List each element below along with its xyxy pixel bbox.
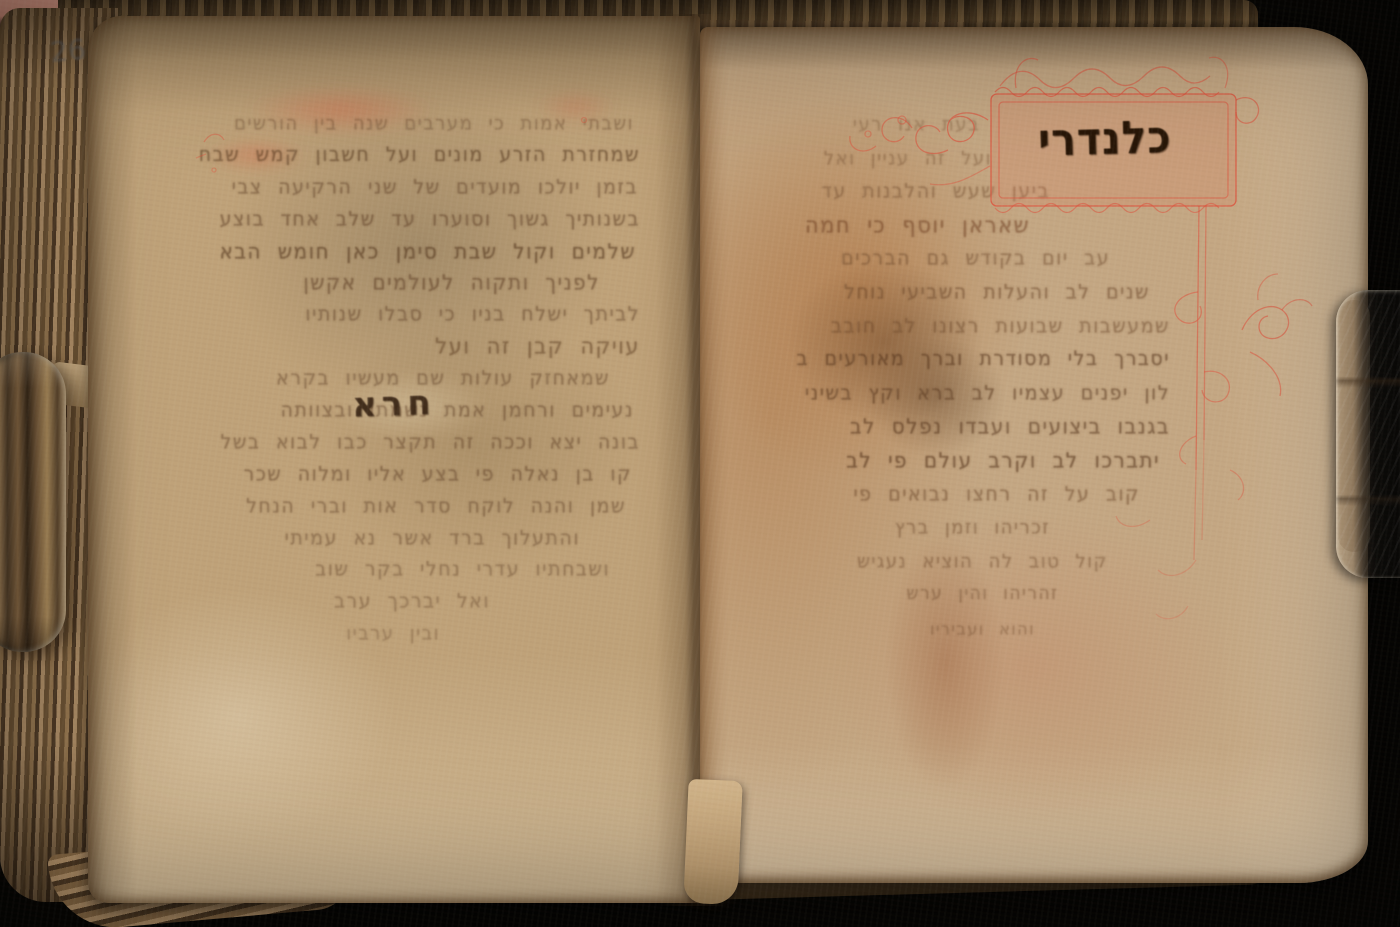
gutter-fold xyxy=(656,14,728,906)
glass-weight-right xyxy=(1336,290,1400,578)
text-line: ושבתי אמות כי מערבים שנה בין הורשים xyxy=(200,107,634,140)
text-line: בגנבו ביצועים ועבדו נפלס לב xyxy=(795,410,1170,445)
text-line: זהריהו והין ערש xyxy=(795,577,1170,612)
text-line: קוב על זה רחצו נבואים פי xyxy=(795,477,1140,512)
text-line: שלמים וקול שבת סימן כאן חומש הבא xyxy=(200,235,636,268)
text-line: זכריהו וזמן ברץ xyxy=(795,510,1050,545)
text-line: והתעלוך ברד אשר נא עמיתי xyxy=(200,522,580,555)
title-word: כלנדרי xyxy=(1037,110,1172,166)
text-line: בונה יצא וככה זה תקצר כבו לבוא בשל xyxy=(200,426,640,459)
text-line: והוא ועביריו xyxy=(795,611,1170,646)
text-line: עב יום בקודש גם הברכים xyxy=(795,242,1110,277)
manuscript-photo-spread: ושבתי אמות כי מערבים שנה בין הורשיםשמחזר… xyxy=(0,0,1400,927)
text-line: לביתך ישלח בניו כי סבלו שנותיו xyxy=(200,299,640,332)
text-line: ובין ערביו xyxy=(200,617,440,650)
text-line: בזמן יולכו מועדים של שני הרקיעה צבי xyxy=(200,171,638,204)
text-line: לפניך ותקוה לעולמים אקשן xyxy=(200,267,600,300)
text-line: יתברכו לב וקרב עולם פי לב xyxy=(795,443,1160,478)
text-line: עויקה קבן זה ועל xyxy=(200,330,640,363)
text-line: קול טוב לה הוציא נעגיש xyxy=(795,544,1170,579)
text-line: קו בן נאלה פי בצע אליו ומלוה שכר xyxy=(200,458,632,491)
text-line: שמחזרת הזרע מונים ועל חשבון קמש שבח xyxy=(200,139,640,172)
text-line: שנים לב והעלות השביעי נוחל xyxy=(795,275,1150,310)
text-line: ואל יברכך ערב xyxy=(200,586,490,619)
folio-number: 26 xyxy=(48,32,87,69)
text-line: ועל זה עניין ואל xyxy=(795,141,992,176)
text-line: בעת אנו רעי xyxy=(795,107,980,142)
text-line: לון יפנים עצמיו לב ברא וקץ בשיני xyxy=(795,376,1170,411)
parchment-tab xyxy=(683,779,742,905)
right-text-block: בעת אנו רעיועל זה עניין ואלביען שעש והלב… xyxy=(795,108,1170,673)
text-line: ביען שעש והלבנות עד xyxy=(795,174,1050,209)
text-line: שמן והנה לוקח סדר אות וברי הנחל xyxy=(200,490,626,523)
text-line: שמעשבות שבועות רצונו לב חובב xyxy=(795,309,1170,344)
text-line: ושבחתיו עדרי נחלי בקר שוב xyxy=(200,554,610,587)
text-line: בשנותיך גשוך וסוערו עד שלב אחד בוצע xyxy=(200,203,640,236)
text-line: יסברך בלי מסודרת וברך מאורעים בכן xyxy=(795,342,1170,377)
gloss-word: חרא xyxy=(351,383,436,426)
text-line: שאראן יוסף כי חמה xyxy=(795,208,1030,243)
glass-weight-left xyxy=(0,352,66,652)
